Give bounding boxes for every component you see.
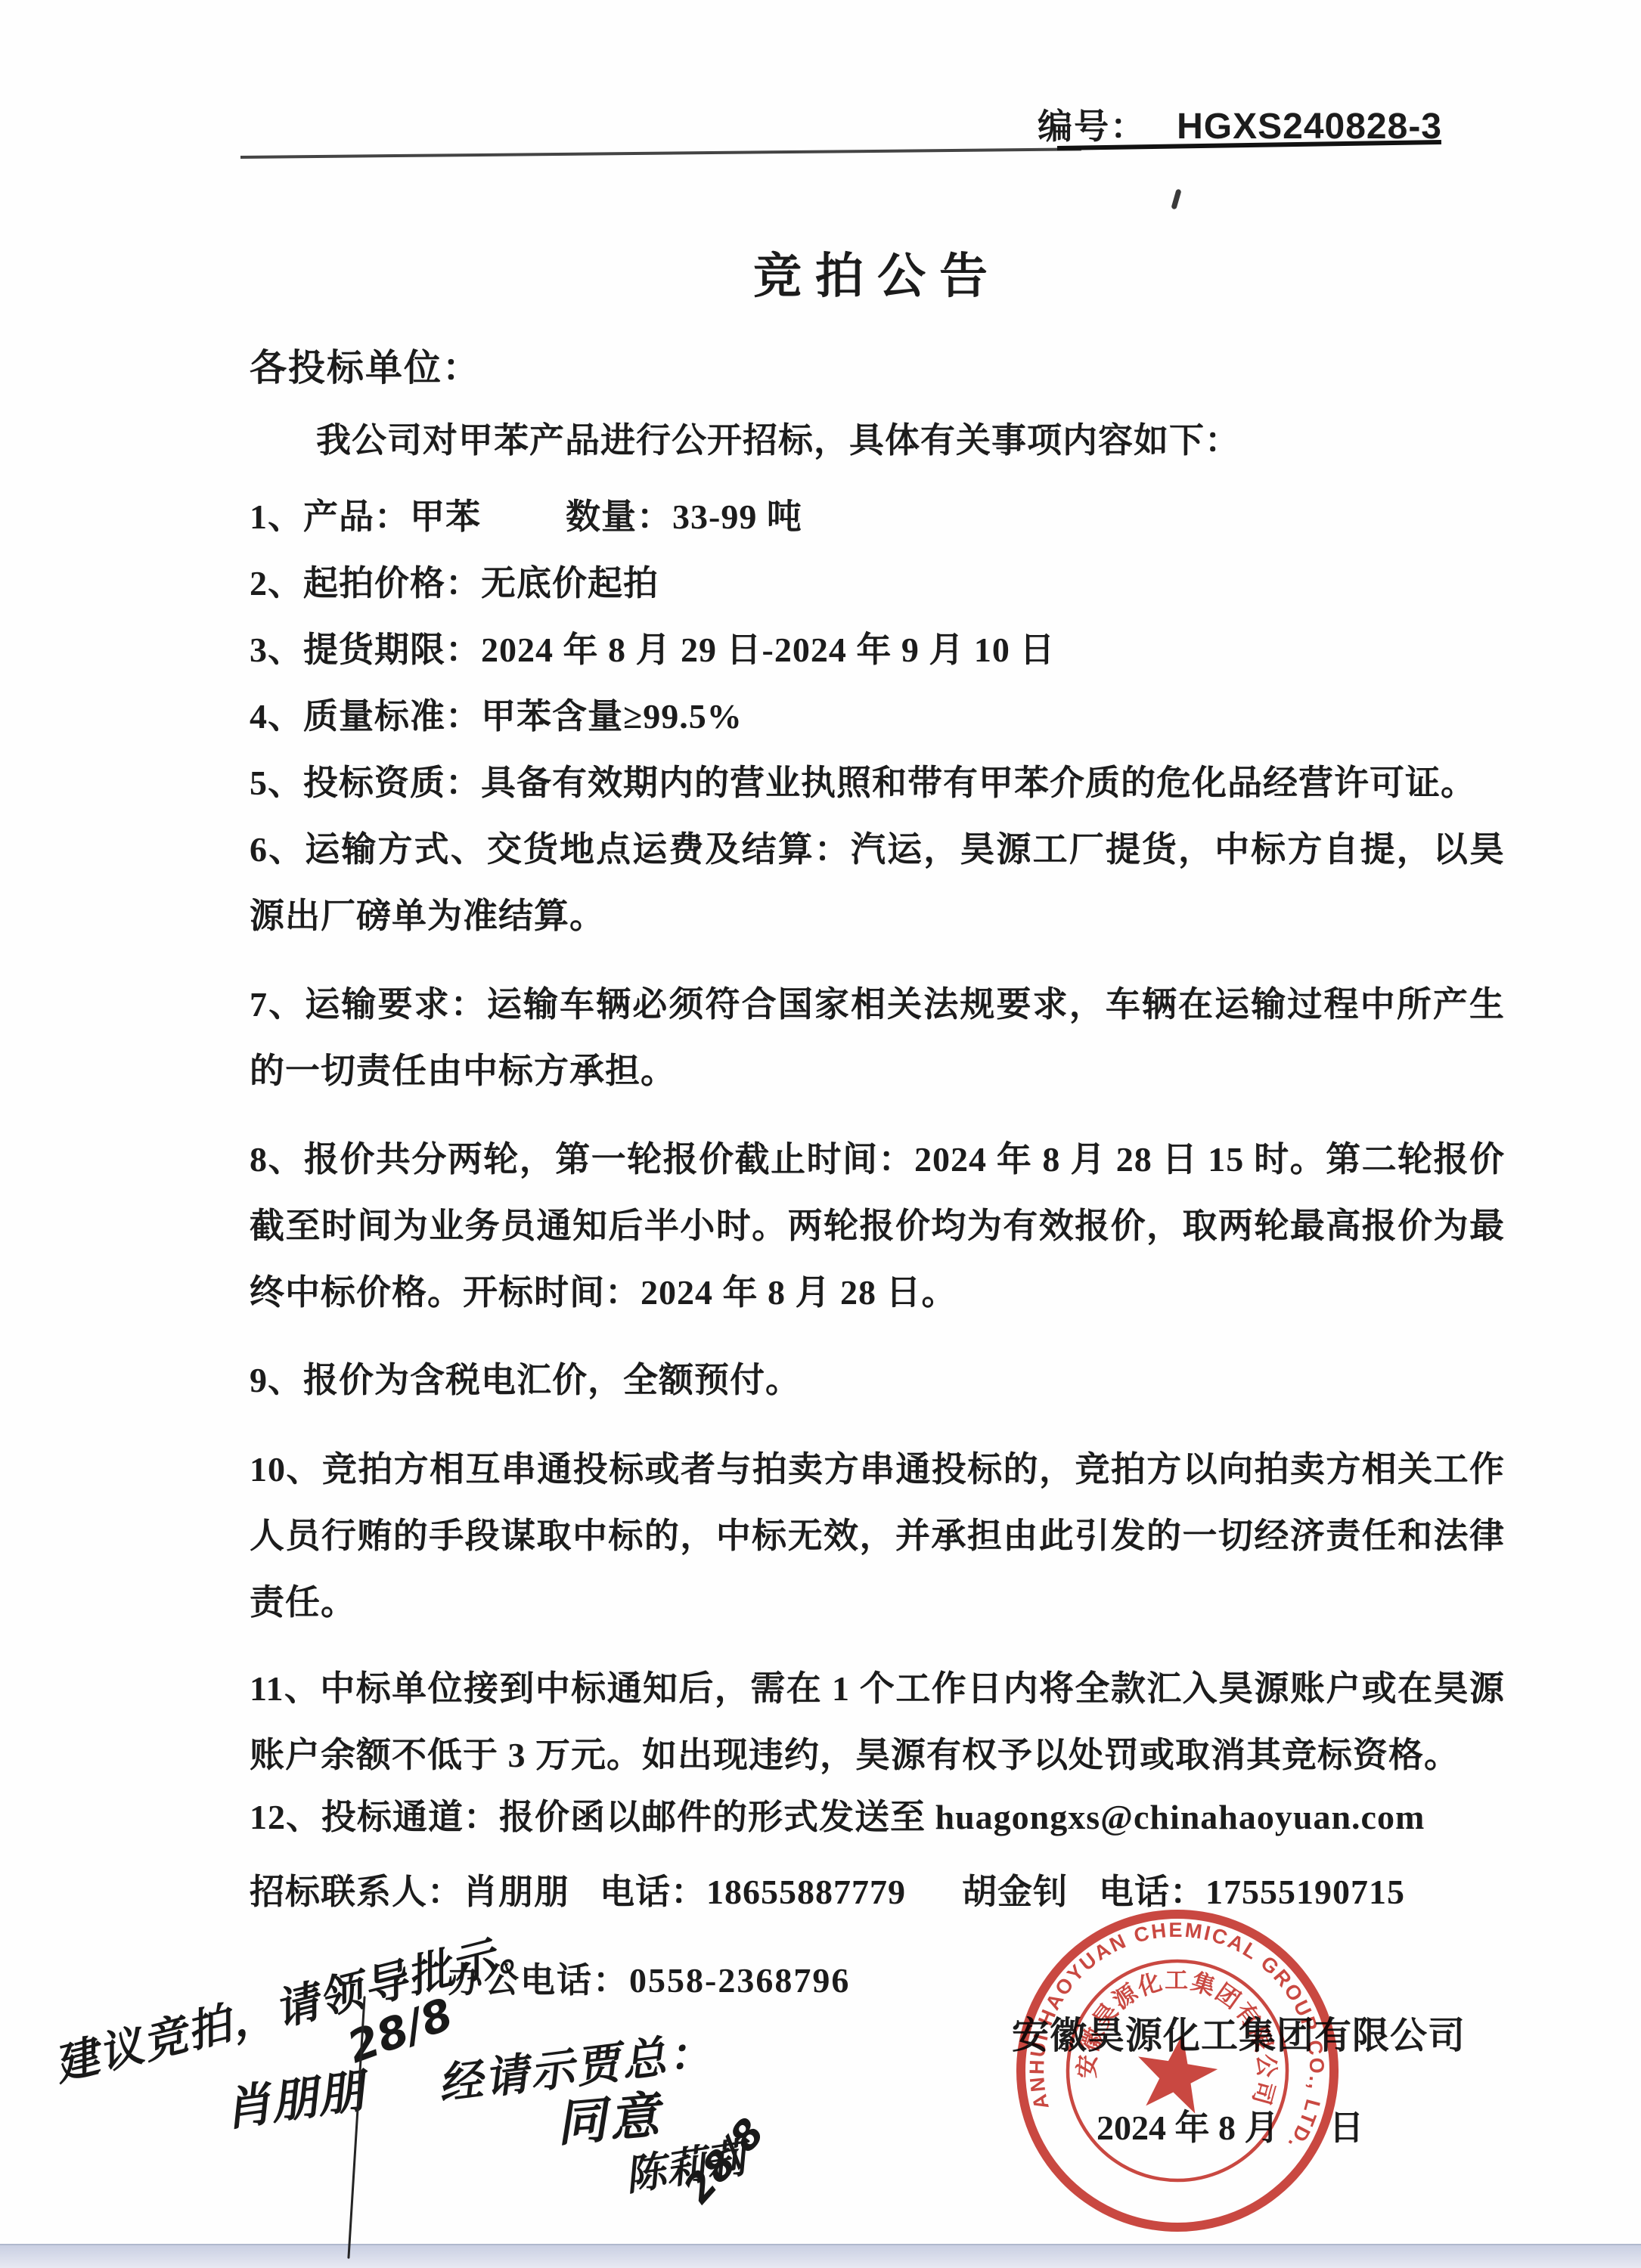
contact-name-1: 肖朋朋: [463, 1873, 569, 1911]
notice-item-text: 1、产品：甲苯: [250, 497, 481, 536]
notice-item-text: 12、投标通道：报价函以邮件的形式发送至 huagongxs@chinahaoy…: [250, 1798, 1425, 1836]
seal-star-icon: [1131, 2028, 1222, 2116]
notice-item-text: 2、起拍价格：无底价起拍: [250, 564, 659, 603]
contact-phone-1: 18655887779: [706, 1873, 906, 1911]
notice-item-text: 3、提货期限：2024 年 8 月 29 日-2024 年 9 月 10 日: [250, 631, 1055, 669]
notice-item: 7、运输要求：运输车辆必须符合国家相关法规要求，车辆在运输过程中所产生的一切责任…: [250, 971, 1505, 1105]
notice-item-text: 6、运输方式、交货地点运费及结算：汽运，昊源工厂提货，中标方自提，以昊源出厂磅单…: [250, 830, 1505, 935]
contact-phone-label-1: 电话：: [600, 1873, 706, 1911]
notice-item: 9、报价为含税电汇价，全额预付。: [250, 1347, 1505, 1414]
notice-item: 12、投标通道：报价函以邮件的形式发送至 huagongxs@chinahaoy…: [250, 1784, 1505, 1851]
scan-edge-bar: [0, 2244, 1641, 2268]
seal-graphic: ANHUI HAOYUAN CHEMICAL GROUP CO., LTD. 安…: [988, 1881, 1366, 2260]
company-seal-stamp: ANHUI HAOYUAN CHEMICAL GROUP CO., LTD. 安…: [988, 1881, 1366, 2260]
contact-phone-2: 17555190715: [1205, 1873, 1405, 1911]
notice-item: 11、中标单位接到中标通知后，需在 1 个工作日内将全款汇入昊源账户或在昊源账户…: [250, 1656, 1505, 1789]
notice-item-text: 5、投标资质：具备有效期内的营业执照和带有甲苯介质的危化品经营许可证。: [250, 764, 1476, 802]
notice-item: 10、竞拍方相互串通投标或者与拍卖方串通投标的，竞拍方以向拍卖方相关工作人员行贿…: [250, 1436, 1505, 1636]
notice-item-text: 7、运输要求：运输车辆必须符合国家相关法规要求，车辆在运输过程中所产生的一切责任…: [250, 985, 1505, 1090]
notice-item: 2、起拍价格：无底价起拍: [250, 550, 1505, 617]
contact-row: 招标联系人：肖朋朋电话：18655887779 胡金钊电话：1755519071…: [250, 1864, 1596, 1910]
notice-item-text: 8、报价共分两轮，第一轮报价截止时间：2024 年 8 月 28 日 15 时。…: [250, 1140, 1505, 1312]
seal-ring-text: ANHUI HAOYUAN CHEMICAL GROUP CO., LTD.: [1017, 1897, 1350, 2158]
notice-item: 6、运输方式、交货地点运费及结算：汽运，昊源工厂提货，中标方自提，以昊源出厂磅单…: [250, 816, 1505, 950]
page-title: 竞拍公告: [250, 237, 1505, 307]
stray-ink-mark: [1171, 189, 1181, 210]
scan-line: [240, 147, 1081, 159]
notice-item: 3、提货期限：2024 年 8 月 29 日-2024 年 9 月 10 日: [250, 617, 1505, 683]
handwritten-signature-1: 肖朋朋: [219, 2053, 368, 2139]
notice-item: 5、投标资质：具备有效期内的营业执照和带有甲苯介质的危化品经营许可证。: [250, 750, 1505, 816]
intro-paragraph: 我公司对甲苯产品进行公开招标，具体有关事项内容如下：: [250, 413, 1505, 463]
office-phone-number: 0558-2368796: [629, 1961, 850, 2000]
notice-item-text: 11、中标单位接到中标通知后，需在 1 个工作日内将全款汇入昊源账户或在昊源账户…: [250, 1669, 1505, 1774]
contact-label: 招标联系人：: [250, 1873, 463, 1911]
notice-item: 8、报价共分两轮，第一轮报价截止时间：2024 年 8 月 28 日 15 时。…: [250, 1126, 1505, 1326]
salutation: 各投标单位：: [250, 339, 481, 392]
scanned-auction-notice: 编号： HGXS240828-3 竞拍公告 各投标单位： 我公司对甲苯产品进行公…: [0, 0, 1641, 2268]
notice-item-text-2: 数量：33-99 吨: [566, 497, 802, 536]
notice-item: 1、产品：甲苯数量：33-99 吨: [250, 484, 1505, 550]
notice-item-text: 10、竞拍方相互串通投标或者与拍卖方串通投标的，竞拍方以向拍卖方相关工作人员行贿…: [250, 1450, 1505, 1622]
notice-item: 4、质量标准：甲苯含量≥99.5%: [250, 683, 1505, 750]
doc-number-label: 编号：: [1038, 99, 1146, 149]
contact-primary: 招标联系人：肖朋朋电话：18655887779: [250, 1864, 906, 1914]
notice-item-text: 4、质量标准：甲苯含量≥99.5%: [250, 697, 743, 736]
notice-item-text: 9、报价为含税电汇价，全额预付。: [250, 1361, 801, 1399]
